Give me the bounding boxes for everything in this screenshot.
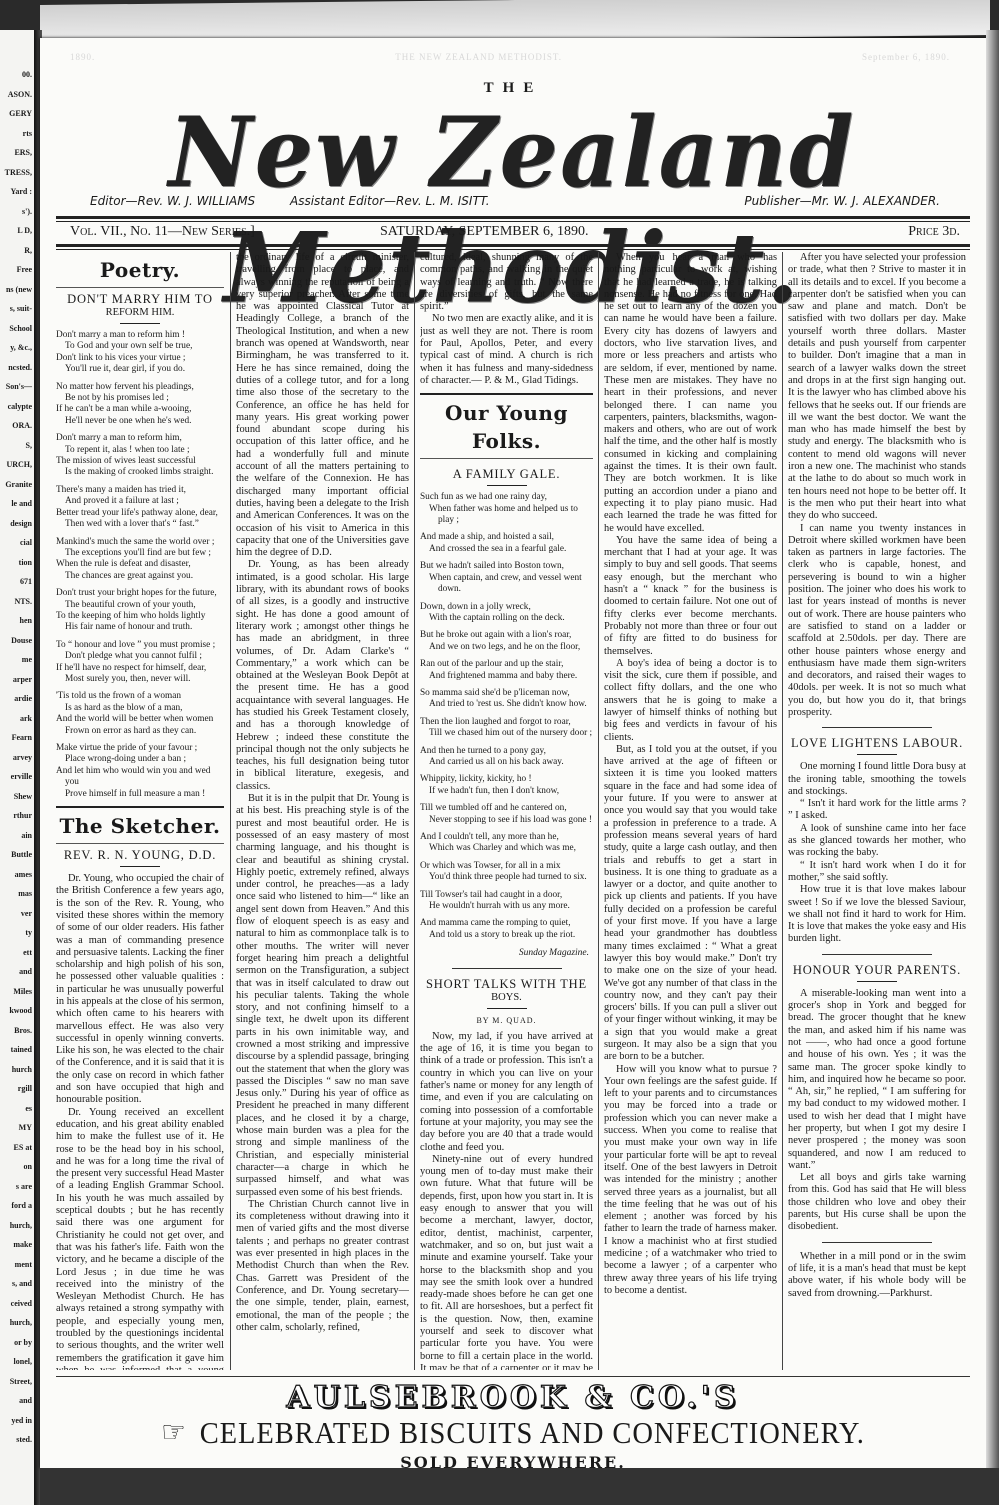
verse-line: Down, down in a jolly wreck, [420, 602, 593, 613]
verse-line: The chances are great against you. [56, 571, 224, 582]
stanza: So mamma said she'd be p'liceman now,And… [420, 688, 593, 711]
verse-line: Is as hard as the blow of a man, [56, 703, 224, 714]
prev-page-text: ty [25, 928, 32, 938]
paragraph: Dr. Young received an excellent educatio… [56, 1107, 224, 1370]
prev-page-text: s are [16, 1182, 32, 1192]
column-rule [782, 252, 783, 1370]
verse-line: And told us a story to break up the riot… [420, 930, 593, 941]
prev-page-text: Miles [13, 987, 32, 997]
prev-page-text: ERS, [14, 148, 32, 158]
paragraph: You have the same idea of being a mercha… [604, 535, 777, 658]
verse-line: Don't marry a man to reform him ! [56, 330, 224, 341]
paragraph: I can name you twenty instances in Detro… [788, 523, 966, 720]
prev-page-text: 671 [20, 577, 32, 587]
poem-body: Don't marry a man to reform him !To God … [56, 330, 224, 800]
verse-line: Better tread your life's pathway alone, … [56, 508, 224, 519]
divider [822, 1242, 932, 1243]
verse-line: Don't trust your bright hopes for the fu… [56, 588, 224, 599]
ad-rule [56, 1376, 970, 1377]
article-body: cultured, ideal, shunning many of the co… [420, 252, 593, 387]
stanza: And I couldn't tell, any more than he,Wh… [420, 832, 593, 855]
poem-source: Sunday Magazine. [420, 947, 589, 959]
newspaper-page: 1890. THE NEW ZEALAND METHODIST. Septemb… [40, 38, 986, 1468]
prev-page-text: Free [17, 265, 32, 275]
verse-line: Is the making of crooked limbs straight. [56, 467, 224, 478]
verse-line: The mission of wives least successful [56, 456, 224, 467]
prev-page-text: le and [11, 499, 32, 509]
prev-page-text: Buttle [11, 850, 32, 860]
prev-page-text: MY [19, 1123, 32, 1133]
stanza: And then he turned to a pony gay,And car… [420, 746, 593, 769]
verse-line: You'd think three people had turned to s… [420, 872, 593, 883]
prev-page-text: or by [14, 1338, 32, 1348]
prev-page-text: hen [20, 616, 32, 626]
column-rule [598, 252, 599, 1370]
paragraph: How true it is that love makes labour sw… [788, 884, 966, 945]
verse-line: Which was Charley and which was me, [420, 843, 593, 854]
verse-line: But he broke out again with a lion's roa… [420, 630, 593, 641]
verse-line: And let him who would win you and wed yo… [56, 766, 224, 789]
divider [56, 806, 224, 808]
article-body: A miserable-looking man went into a groc… [788, 988, 966, 1234]
bleed-through-header: 1890. THE NEW ZEALAND METHODIST. Septemb… [70, 52, 950, 62]
divider [822, 727, 932, 728]
publisher-credit: Publisher—Mr. W. J. ALEXANDER. [744, 194, 940, 208]
prev-page-text: and [19, 1396, 32, 1406]
verse-line: But we hadn't sailed into Boston town, [420, 561, 593, 572]
verse-line: And I couldn't tell, any more than he, [420, 832, 593, 843]
stanza: 'Tis told us the frown of a womanIs as h… [56, 691, 224, 737]
column-5: After you have selected your profession … [788, 252, 966, 1370]
prev-page-text: hurch [12, 1065, 32, 1075]
verse-line: He'll never be one when he's wed. [56, 416, 224, 427]
pointing-hand-icon: ☞ [161, 1415, 187, 1451]
stanza: Or which was Towser, for all in a mixYou… [420, 861, 593, 884]
divider [120, 866, 160, 867]
verse-line: The beautiful crown of your youth, [56, 600, 224, 611]
prev-page-text: NTS. [14, 597, 32, 607]
scan-bottom-edge [40, 1468, 999, 1505]
verse-line: To God and your own self be true, [56, 341, 224, 352]
column-1: Poetry. DON'T MARRY HIM TO REFORM HIM. D… [56, 252, 224, 1370]
previous-page-fragment: 00.ASON.GERYrtsERS,TRESS,Yard :s').L D,R… [0, 30, 36, 1505]
prev-page-text: sted. [16, 1435, 32, 1445]
column-3: cultured, ideal, shunning many of the co… [420, 252, 593, 1370]
paragraph: But it is in the pulpit that Dr. Young i… [236, 793, 409, 1199]
editor-credit: Editor—Rev. W. J. WILLIAMS [90, 194, 255, 208]
prev-page-text: mas [18, 889, 32, 899]
advertisement-aulsebrook: AULSEBROOK & CO.'S ☞ CELEBRATED BISCUITS… [56, 1376, 970, 1472]
divider [822, 954, 932, 955]
prev-page-text: R, [24, 246, 32, 256]
stanza: Till Towser's tail had caught in a door,… [420, 890, 593, 913]
paragraph: Dr. Young, who occupied the chair of the… [56, 873, 224, 1107]
article-body: One morning I found little Dora busy at … [788, 761, 966, 945]
verse-line: 'Tis told us the frown of a woman [56, 691, 224, 702]
prev-page-text: tion [19, 558, 32, 568]
paragraph: No two men are exactly alike, and it is … [420, 313, 593, 387]
prev-page-text: ardie [14, 694, 32, 704]
stanza: Don't trust your bright hopes for the fu… [56, 588, 224, 634]
stanza: And made a ship, and hoisted a sail,And … [420, 532, 593, 555]
verse-line: Then the lion laughed and forgot to roar… [420, 717, 593, 728]
verse-line: And frightened mamma and baby there. [420, 671, 593, 682]
verse-line: There's many a maiden has tried it, [56, 485, 224, 496]
prev-page-text: ASON. [8, 90, 32, 100]
verse-line: If he'll have no respect for himself, de… [56, 663, 224, 674]
divider [452, 968, 562, 969]
verse-line: Be not by his promises led ; [56, 393, 224, 404]
assistant-editor-credit: Assistant Editor—Rev. L. M. ISITT. [290, 194, 490, 208]
column-2: the ordinary life of a circuit minister,… [236, 252, 409, 1370]
prev-page-text: on [24, 1162, 32, 1172]
verse-line: Don't link to his vices your virtue ; [56, 353, 224, 364]
verse-line: If we hadn't fun, then I don't know, [420, 786, 593, 797]
prev-page-text: erville [11, 772, 32, 782]
section-heading-poetry: Poetry. [56, 256, 224, 284]
prev-page-text: ver [21, 909, 32, 919]
stanza: No matter how fervent his pleadings,Be n… [56, 382, 224, 428]
poem-title: DON'T MARRY HIM TO [56, 292, 224, 306]
paragraph: Dr. Young, as has been already intimated… [236, 559, 409, 793]
prev-page-text: 00. [22, 70, 32, 80]
ad-brand: AULSEBROOK & CO.'S [56, 1381, 970, 1415]
verse-line: Don't pledge what you cannot fulfil ; [56, 651, 224, 662]
prev-page-text: GERY [9, 109, 32, 119]
divider [120, 323, 160, 324]
stanza: Make virtue the pride of your favour ;Pl… [56, 743, 224, 800]
stanza: Whippity, lickity, kickity, ho !If we ha… [420, 774, 593, 797]
prev-page-text: hurch, [10, 1318, 32, 1328]
divider [857, 754, 897, 755]
prev-page-text: Bros. [14, 1026, 32, 1036]
article-body: When you hear a man who has nothing part… [604, 252, 777, 1297]
byline: BY M. QUAD. [420, 1015, 593, 1027]
article-title: LOVE LIGHTENS LABOUR. [788, 736, 966, 750]
divider [420, 458, 593, 459]
stanza: And mamma came the romping to quiet,And … [420, 918, 593, 941]
prev-page-text: Yard : [10, 187, 32, 197]
stanza: Then the lion laughed and forgot to roar… [420, 717, 593, 740]
article-title-line2: BOYS. [420, 991, 593, 1004]
prev-page-text: L D, [17, 226, 32, 236]
ghost-right: September 6, 1890. [862, 52, 950, 62]
verse-line: Till we chased him out of the nursery do… [420, 728, 593, 739]
section-heading-sketcher: The Sketcher. [56, 812, 224, 840]
verse-line: Such fun as we had one rainy day, [420, 492, 593, 503]
prev-page-text: lonel, [14, 1357, 32, 1367]
paragraph: One morning I found little Dora busy at … [788, 761, 966, 798]
ad-tagline: CELEBRATED BISCUITS AND CONFECTIONERY. [200, 1415, 865, 1451]
volume-number: Vol. VII., No. 11—New Series.] [70, 224, 255, 240]
verse-line: And proved it a failure at last ; [56, 496, 224, 507]
paragraph: But, as I told you at the outset, if you… [604, 744, 777, 1064]
paragraph: “ Isn't it hard work for the little arms… [788, 798, 966, 823]
paragraph: A miserable-looking man went into a groc… [788, 988, 966, 1172]
column-rule [230, 252, 231, 1370]
issue-price: Price 3d. [908, 224, 960, 240]
verse-line: Most surely you, then, never will. [56, 674, 224, 685]
prev-page-text: s, suit- [10, 304, 32, 314]
divider [857, 981, 897, 982]
verse-line: To “ honour and love ” you must promise … [56, 640, 224, 651]
issue-rule [56, 244, 970, 250]
verse-line: And then he turned to a pony gay, [420, 746, 593, 757]
article-title: REV. R. N. YOUNG, D.D. [56, 848, 224, 862]
prev-page-text: Granite [5, 480, 32, 490]
stanza: Don't marry a man to reform him !To God … [56, 330, 224, 376]
prev-page-text: School [9, 324, 32, 334]
prev-page-text: ES at [14, 1143, 32, 1153]
stanza: Ran out of the parlour and up the stair,… [420, 659, 593, 682]
divider [56, 843, 224, 844]
verse-line: And carried us all on his back away. [420, 757, 593, 768]
stanza: Such fun as we had one rainy day,When fa… [420, 492, 593, 526]
prev-page-text: and [19, 967, 32, 977]
stanza: There's many a maiden has tried it,And p… [56, 485, 224, 531]
verse-line: Mankind's much the same the world over ; [56, 537, 224, 548]
poem-title-line2: REFORM HIM. [56, 306, 224, 319]
verse-line: Make virtue the pride of your favour ; [56, 743, 224, 754]
prev-page-text: Son's— [6, 382, 32, 392]
article-body: After you have selected your profession … [788, 252, 966, 719]
paragraph: A boy's idea of being a doctor is to vis… [604, 658, 777, 744]
prev-page-text: rgill [18, 1084, 32, 1094]
verse-line: And mamma came the romping to quiet, [420, 918, 593, 929]
verse-line: Whippity, lickity, kickity, ho ! [420, 774, 593, 785]
prev-page-text: arvey [13, 753, 32, 763]
article-body: the ordinary life of a circuit minister,… [236, 252, 409, 1334]
prev-page-text: yed in [11, 1416, 32, 1426]
article-title: HONOUR YOUR PARENTS. [788, 963, 966, 977]
verse-line: Never stopping to see if his load was go… [420, 815, 593, 826]
verse-line: You'll rue it, dear girl, if you do. [56, 364, 224, 375]
prev-page-text: tained [11, 1045, 32, 1055]
prev-page-text: ett [23, 948, 32, 958]
stanza: Don't marry a man to reform him,To repen… [56, 433, 224, 479]
prev-page-text: design [10, 519, 32, 529]
column-4: When you hear a man who has nothing part… [604, 252, 777, 1370]
paragraph: Ninety-nine out of every hundred young m… [420, 1154, 593, 1370]
verse-line: His fair name of honour and truth. [56, 622, 224, 633]
prev-page-text: S, [26, 441, 32, 451]
verse-line: Prove himself in full measure a man ! [56, 789, 224, 800]
verse-line: And the world will be better when women [56, 714, 224, 725]
verse-line: And tried to 'rest us. She didn't know h… [420, 699, 593, 710]
stanza: To “ honour and love ” you must promise … [56, 640, 224, 686]
prev-page-text: URCH, [6, 460, 32, 470]
verse-line: And made a ship, and hoisted a sail, [420, 532, 593, 543]
verse-line: Place wrong-doing under a ban ; [56, 754, 224, 765]
verse-line: If he can't be a man while a-wooing, [56, 404, 224, 415]
prev-page-text: Shew [14, 792, 32, 802]
ad-tagline-row: ☞ CELEBRATED BISCUITS AND CONFECTIONERY. [93, 1415, 934, 1451]
verse-line: Frown on error as hard as they can. [56, 726, 224, 737]
paragraph: A look of sunshine came into her face as… [788, 823, 966, 860]
prev-page-text: TRESS, [5, 168, 32, 178]
article-columns: Poetry. DON'T MARRY HIM TO REFORM HIM. D… [56, 252, 970, 1372]
verse-line: Then wed with a lover that's “ fast.” [56, 519, 224, 530]
prev-page-text: ceived [11, 1299, 32, 1309]
prev-page-text: s'). [22, 207, 32, 217]
stanza: But he broke out again with a lion's roa… [420, 630, 593, 653]
stanza: Mankind's much the same the world over ;… [56, 537, 224, 583]
verse-line: And we on two legs, and he on the floor, [420, 642, 593, 653]
prev-page-text: ORA. [12, 421, 32, 431]
prev-page-text: me [22, 655, 32, 665]
ghost-left: 1890. [70, 52, 95, 62]
verse-line: When father was home and helped us to pl… [420, 504, 593, 527]
prev-page-text: es [25, 1104, 32, 1114]
verse-line: Till we tumbled off and he cantered on, [420, 803, 593, 814]
verse-line: He wouldn't hurrah with us any more. [420, 901, 593, 912]
prev-page-text: Fearn [12, 733, 32, 743]
paragraph: Now, my lad, if you have arrived at the … [420, 1031, 593, 1154]
stanza: Till we tumbled off and he cantered on,N… [420, 803, 593, 826]
paragraph: cultured, ideal, shunning many of the co… [420, 252, 593, 313]
article-body: Dr. Young, who occupied the chair of the… [56, 873, 224, 1370]
verse-line: Ran out of the parlour and up the stair, [420, 659, 593, 670]
verse-line: Don't marry a man to reform him, [56, 433, 224, 444]
page-right-edge [986, 30, 999, 1470]
prev-page-text: s, and [12, 1279, 32, 1289]
paragraph: “ It isn't hard work when I do it for mo… [788, 860, 966, 885]
prev-page-text: hurch, [10, 1221, 32, 1231]
ghost-center: THE NEW ZEALAND METHODIST. [395, 52, 562, 62]
prev-page-text: ford a [11, 1201, 32, 1211]
prev-page-text: ain [21, 831, 32, 841]
paragraph: How will you know what to pursue ? Your … [604, 1064, 777, 1298]
verse-line: So mamma said she'd be p'liceman now, [420, 688, 593, 699]
prev-page-text: cial [20, 538, 32, 548]
prev-page-text: Douse [11, 636, 32, 646]
verse-line: No matter how fervent his pleadings, [56, 382, 224, 393]
prev-page-text: ark [20, 714, 32, 724]
verse-line: When captain, and crew, and vessel went … [420, 573, 593, 596]
stanza: Down, down in a jolly wreck,With the cap… [420, 602, 593, 625]
article-title: SHORT TALKS WITH THE [420, 977, 593, 991]
prev-page-text: make [13, 1240, 32, 1250]
verse-line: When the rule is defeat and disaster, [56, 559, 224, 570]
divider [487, 485, 527, 486]
prev-page-text: Street, [10, 1377, 32, 1387]
prev-page-text: calypte [8, 402, 32, 412]
verse-line: With the captain rolling on the deck. [420, 613, 593, 624]
paragraph: After you have selected your profession … [788, 252, 966, 523]
prev-page-text: ment [15, 1260, 32, 1270]
divider [420, 393, 593, 395]
issue-date: SATURDAY, SEPTEMBER 6, 1890. [380, 224, 589, 240]
column-rule [414, 252, 415, 1370]
section-heading-young-folks: Our Young Folks. [420, 399, 593, 455]
paragraph: The Christian Church cannot live in its … [236, 1199, 409, 1334]
verse-line: To the keeping of him who holds lightly [56, 611, 224, 622]
prev-page-text: ncsted. [8, 363, 32, 373]
poem-body: Such fun as we had one rainy day,When fa… [420, 492, 593, 941]
prev-page-text: y, &c., [10, 343, 32, 353]
prev-page-text: ns (new [6, 285, 32, 295]
divider [56, 287, 224, 288]
masthead-rule [56, 216, 970, 222]
verse-line: Till Towser's tail had caught in a door, [420, 890, 593, 901]
verse-line: And crossed the sea in a fearful gale. [420, 544, 593, 555]
poem-title: A FAMILY GALE. [420, 467, 593, 481]
paragraph: When you hear a man who has nothing part… [604, 252, 777, 535]
verse-line: Or which was Towser, for all in a mix [420, 861, 593, 872]
prev-page-text: rthur [13, 811, 32, 821]
prev-page-text: arper [13, 675, 32, 685]
paragraph: the ordinary life of a circuit minister,… [236, 252, 409, 559]
verse-line: The exceptions you'll find are but few ; [56, 548, 224, 559]
prev-page-text: rts [23, 129, 32, 139]
article-body: Now, my lad, if you have arrived at the … [420, 1031, 593, 1370]
parkhurst-quote: Whether in a mill pond or in the swim of… [788, 1251, 966, 1300]
prev-page-text: ames [15, 870, 32, 880]
verse-line: To repent it, alas ! when too late ; [56, 445, 224, 456]
paragraph: Let all boys and girls take warning from… [788, 1172, 966, 1233]
stanza: But we hadn't sailed into Boston town,Wh… [420, 561, 593, 595]
divider [487, 1008, 527, 1009]
prev-page-text: kwood [9, 1006, 32, 1016]
